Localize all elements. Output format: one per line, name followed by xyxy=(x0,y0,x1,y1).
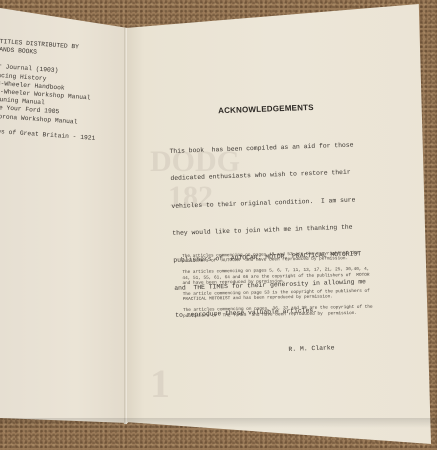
body-line: dedicated enthusiasts who wish to restor… xyxy=(170,166,425,184)
copyright-paragraph: The articles commencing on pages 36, 37 … xyxy=(183,304,433,319)
copyright-line: and have been reproduced by permission. xyxy=(182,279,285,286)
titles-distributed-list: TITLES DISTRIBUTED BY ANDS BOOKS r Journ… xyxy=(0,38,128,145)
body-line: they would like to join with me in thank… xyxy=(172,220,427,238)
body-line: vehicles to their original condition. I … xyxy=(171,193,426,211)
copyright-paragraph: The articles commencing on pages 5, 6, 7… xyxy=(182,266,432,287)
page-shadow xyxy=(0,418,437,428)
copyright-notes: The articles commencing on pages 48 and … xyxy=(182,250,433,325)
show-through-number: 1 xyxy=(150,360,170,407)
copyright-paragraph: The article commencing on page 53 is the… xyxy=(183,288,433,303)
body-line: This book has been compiled as an aid fo… xyxy=(169,138,424,156)
